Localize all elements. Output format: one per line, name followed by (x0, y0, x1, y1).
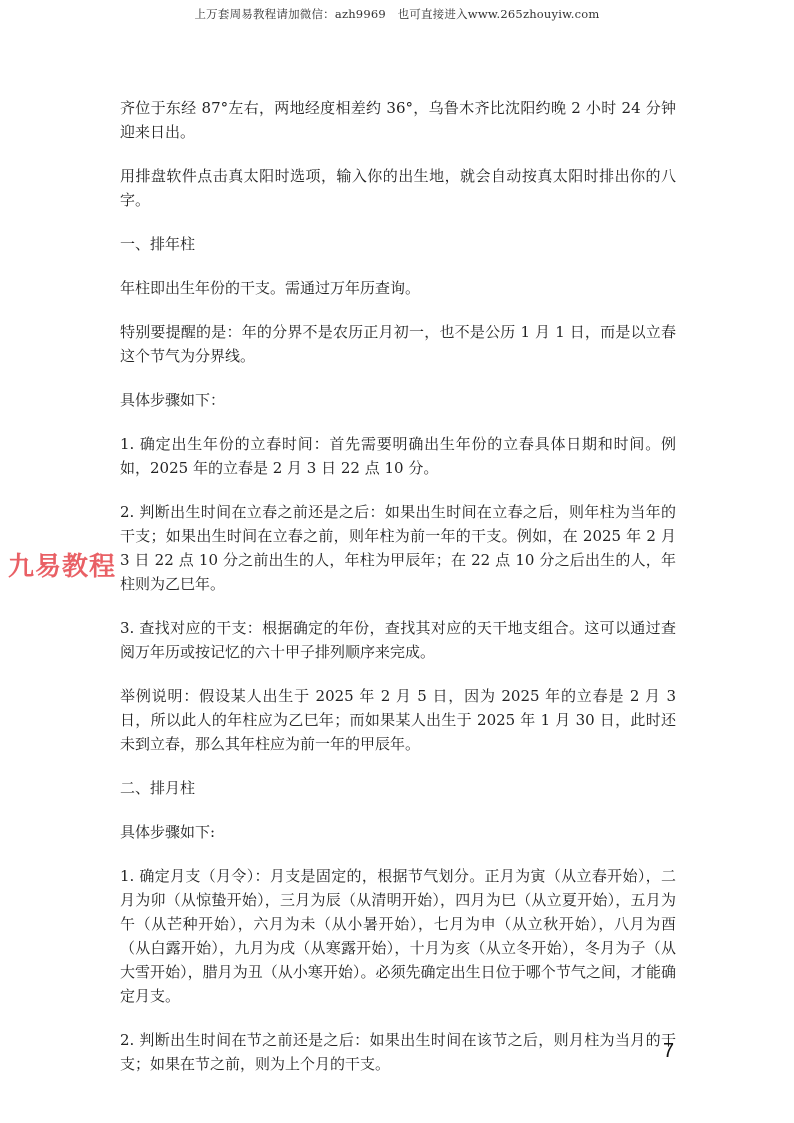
paragraph-year-pillar-intro: 年柱即出生年份的干支。需通过万年历查询。 (120, 276, 676, 300)
page-header-ad: 上万套周易教程请加微信：azh9969 也可直接进入www.265zhouyiw… (0, 6, 794, 22)
document-body: 齐位于东经 87°左右，两地经度相差约 36°，乌鲁木齐比沈阳约晚 2 小时 2… (120, 96, 676, 1096)
paragraph-steps-label-2: 具体步骤如下: (120, 820, 676, 844)
paragraph-step-2: 2. 判断出生时间在立春之前还是之后：如果出生时间在立春之后，则年柱为当年的干支… (120, 500, 676, 596)
paragraph-true-solar-time: 用排盘软件点击真太阳时选项，输入你的出生地，就会自动按真太阳时排出你的八字。 (120, 164, 676, 212)
paragraph-month-step-2: 2. 判断出生时间在节之前还是之后：如果出生时间在该节之后，则月柱为当月的干支；… (120, 1028, 676, 1076)
paragraph-steps-label: 具体步骤如下： (120, 388, 676, 412)
paragraph-example: 举例说明：假设某人出生于 2025 年 2 月 5 日，因为 2025 年的立春… (120, 684, 676, 756)
page-number: 7 (663, 1040, 674, 1063)
paragraph-sunrise-diff: 齐位于东经 87°左右，两地经度相差约 36°，乌鲁木齐比沈阳约晚 2 小时 2… (120, 96, 676, 144)
paragraph-month-step-1: 1. 确定月支（月令）：月支是固定的，根据节气划分。正月为寅（从立春开始），二月… (120, 864, 676, 1008)
watermark-logo: 九易教程 (8, 546, 116, 583)
paragraph-step-3: 3. 查找对应的干支：根据确定的年份，查找其对应的天干地支组合。这可以通过查阅万… (120, 616, 676, 664)
section-heading-month-pillar: 二、排月柱 (120, 776, 676, 800)
paragraph-year-boundary: 特别要提醒的是：年的分界不是农历正月初一，也不是公历 1 月 1 日，而是以立春… (120, 320, 676, 368)
section-heading-year-pillar: 一、排年柱 (120, 232, 676, 256)
paragraph-step-1: 1. 确定出生年份的立春时间：首先需要明确出生年份的立春具体日期和时间。例如，2… (120, 432, 676, 480)
